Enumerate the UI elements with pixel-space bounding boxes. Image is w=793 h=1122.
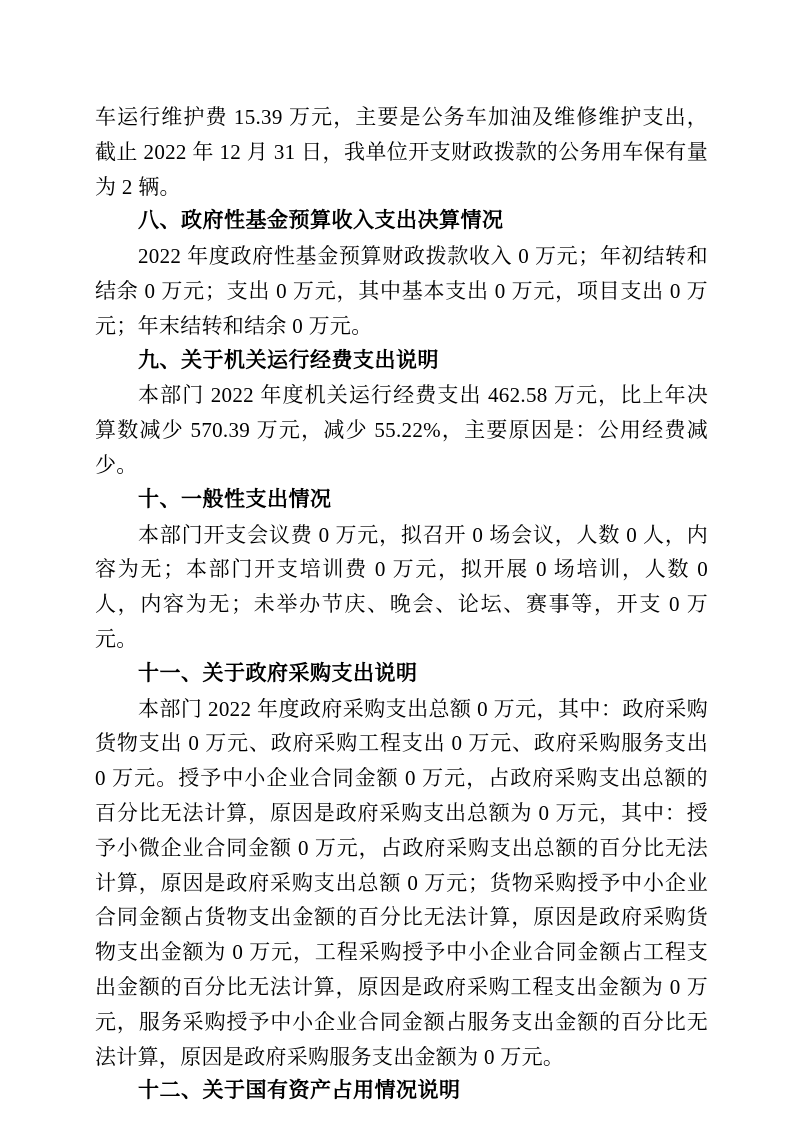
paragraph-general-expenditure: 本部门开支会议费 0 万元，拟召开 0 场会议，人数 0 人，内容为无；本部门开… bbox=[95, 518, 708, 657]
section-heading-8-gov-fund-budget: 八、政府性基金预算收入支出决算情况 bbox=[95, 204, 708, 239]
paragraph-agency-operating-expense: 本部门 2022 年度机关运行经费支出 462.58 万元，比上年决算数减少 5… bbox=[95, 378, 708, 482]
section-heading-12-state-owned-assets: 十二、关于国有资产占用情况说明 bbox=[95, 1074, 708, 1109]
section-heading-11-gov-procurement: 十一、关于政府采购支出说明 bbox=[95, 657, 708, 692]
paragraph-gov-procurement: 本部门 2022 年度政府采购支出总额 0 万元，其中：政府采购货物支出 0 万… bbox=[95, 692, 708, 1075]
paragraph-vehicle-maintenance-tail: 车运行维护费 15.39 万元，主要是公务车加油及维修维护支出，截止 2022 … bbox=[95, 100, 708, 204]
section-heading-10-general-expenditure: 十、一般性支出情况 bbox=[95, 483, 708, 518]
paragraph-gov-fund-budget: 2022 年度政府性基金预算财政拨款收入 0 万元；年初结转和结余 0 万元；支… bbox=[95, 239, 708, 343]
document-content: 车运行维护费 15.39 万元，主要是公务车加油及维修维护支出，截止 2022 … bbox=[95, 100, 708, 1109]
section-heading-9-agency-operating-expense: 九、关于机关运行经费支出说明 bbox=[95, 344, 708, 379]
document-page: 车运行维护费 15.39 万元，主要是公务车加油及维修维护支出，截止 2022 … bbox=[0, 0, 793, 1122]
